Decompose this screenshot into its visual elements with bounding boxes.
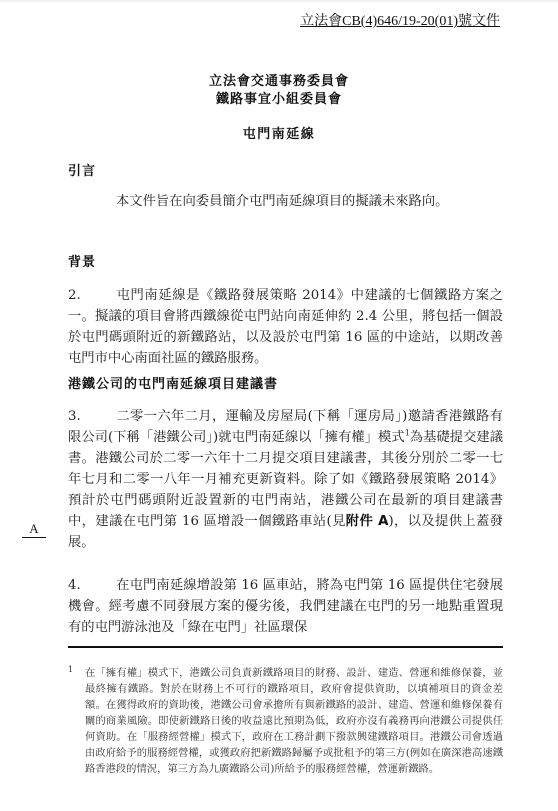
annex-a-reference[interactable]: 附件 A (346, 514, 389, 529)
heading-background: 背景 (68, 251, 96, 270)
annex-margin-marker: A (22, 521, 46, 538)
top-edge (0, 0, 558, 2)
heading-introduction: 引言 (68, 160, 96, 179)
paragraph-introduction: 本文件旨在向委員簡介屯門南延線項目的擬議未來路向。 (68, 191, 503, 212)
document-subject: 屯門南延線 (0, 123, 558, 142)
paragraph-number: 2. (68, 285, 116, 306)
footnote-text: 在「擁有權」模式下，港鐵公司負責新鐵路項目的財務、設計、建造、營運和維修保養，並… (85, 665, 503, 777)
paragraph-4: 4.在屯門南延線增設第 16 區車站，將為屯門第 16 區提供住宅發展機會。經考… (68, 575, 503, 638)
paragraph-3: 3.二零一六年二月，運輸及房屋局(下稱「運房局」)邀請香港鐵路有限公司(下稱「港… (68, 406, 503, 553)
heading-mtr-proposal: 港鐵公司的屯門南延線項目建議書 (68, 373, 278, 392)
footnote: 1 在「擁有權」模式下，港鐵公司負責新鐵路項目的財務、設計、建造、營運和維修保養… (68, 665, 503, 777)
paragraph-number: 3. (68, 406, 116, 427)
paragraph-2-text: 屯門南延線是《鐵路發展策略 2014》中建議的七個鐵路方案之一。擬議的項目會將西… (68, 288, 503, 366)
subcommittee-title: 鐵路事宜小組委員會 (0, 88, 558, 107)
introduction-text: 本文件旨在向委員簡介屯門南延線項目的擬議未來路向。 (116, 194, 448, 209)
footnote-number: 1 (68, 662, 73, 678)
footnote-separator (68, 646, 503, 648)
document-page: 立法會CB(4)646/19-20(01)號文件 立法會交通事務委員會 鐵路事宜… (0, 0, 558, 811)
paragraph-number: 4. (68, 575, 116, 596)
document-reference-number: 立法會CB(4)646/19-20(01)號文件 (300, 10, 500, 30)
paragraph-4-text: 在屯門南延線增設第 16 區車站，將為屯門第 16 區提供住宅發展機會。經考慮不… (68, 578, 503, 635)
committee-title: 立法會交通事務委員會 (0, 70, 558, 89)
paragraph-2: 2.屯門南延線是《鐵路發展策略 2014》中建議的七個鐵路方案之一。擬議的項目會… (68, 285, 503, 369)
